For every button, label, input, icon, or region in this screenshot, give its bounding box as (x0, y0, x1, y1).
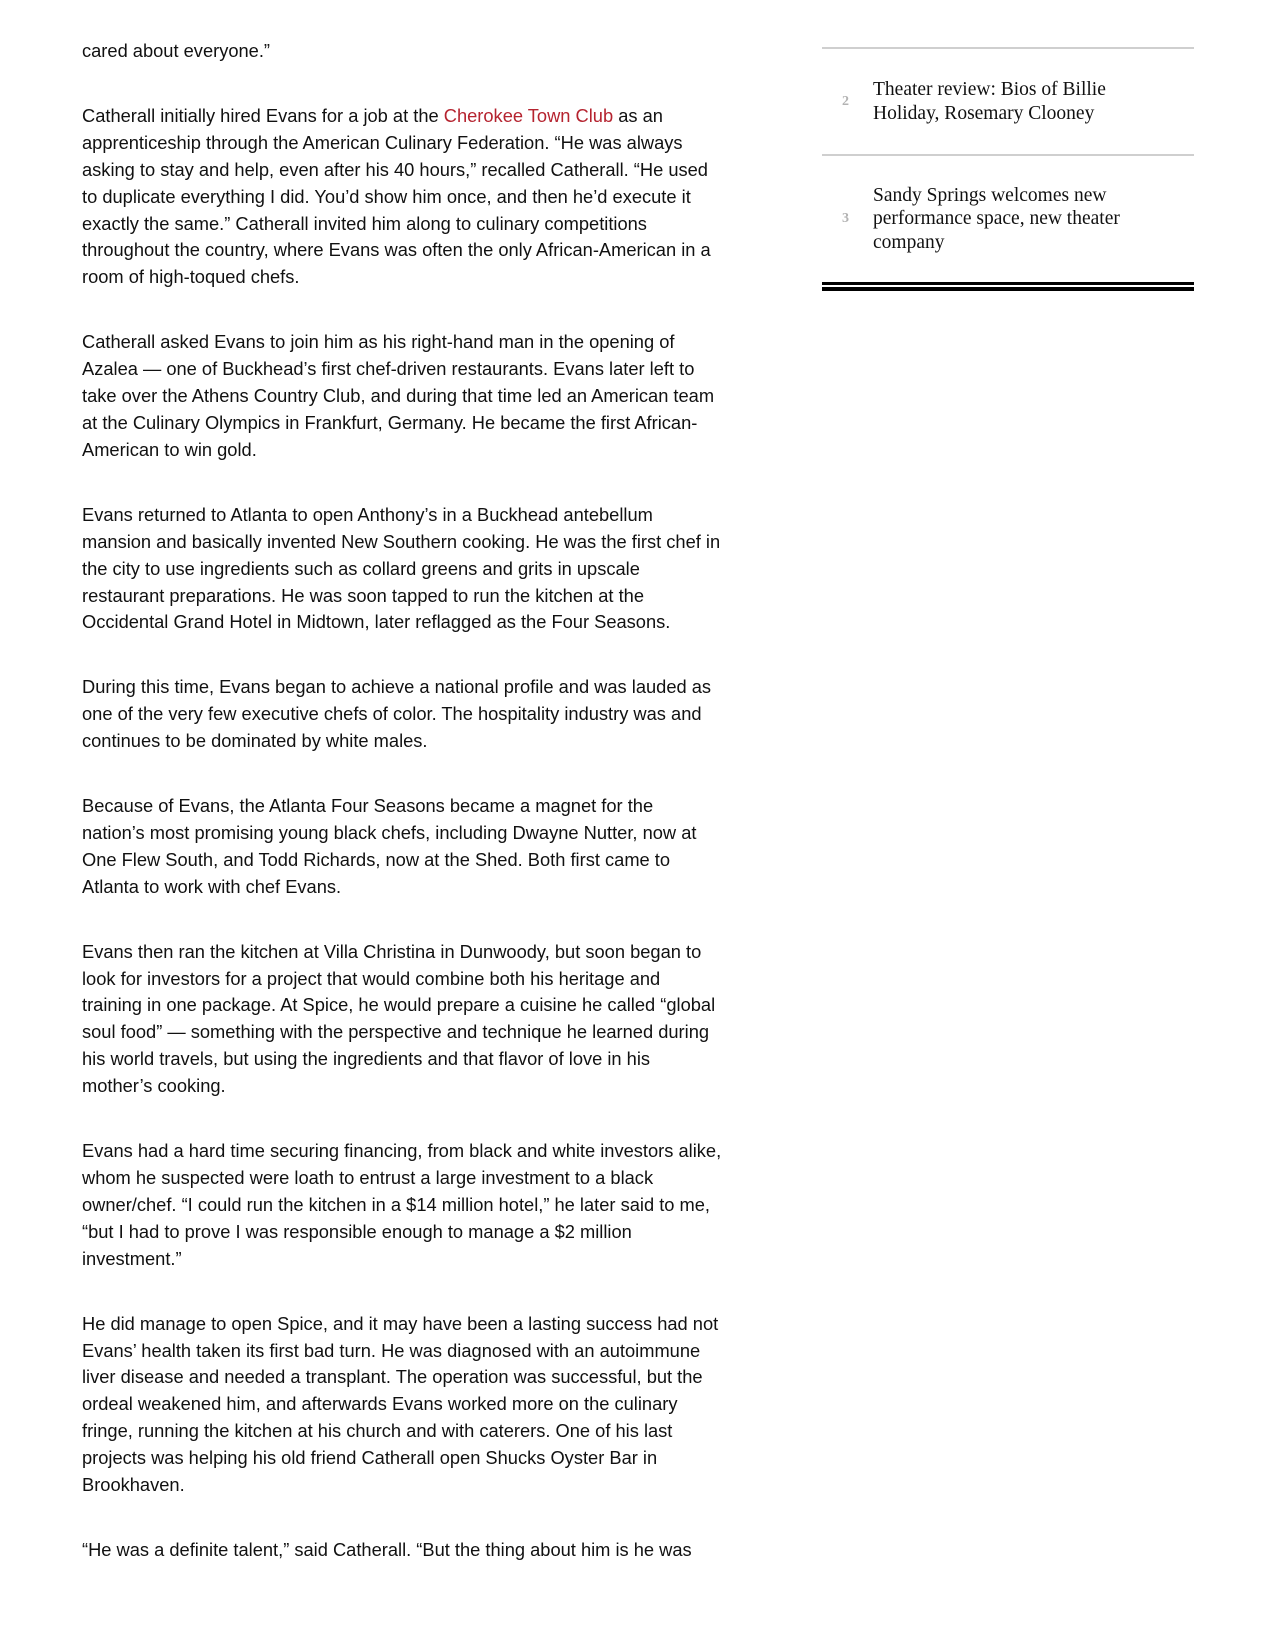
text-line: throughout the country, where Evans was … (82, 237, 782, 264)
article-paragraph: He did manage to open Spice, and it may … (82, 1311, 782, 1499)
popular-item[interactable]: 2 Theater review: Bios of Billie Holiday… (822, 49, 1194, 154)
text-line: “He was a definite talent,” said Cathera… (82, 1537, 782, 1564)
article-paragraph: During this time, Evans began to achieve… (82, 674, 782, 755)
text-line: Catherall asked Evans to join him as his… (82, 329, 782, 356)
text-line: liver disease and needed a transplant. T… (82, 1364, 782, 1391)
text-line: continues to be dominated by white males… (82, 728, 782, 755)
double-rule-divider (822, 282, 1194, 291)
text-line: He did manage to open Spice, and it may … (82, 1311, 782, 1338)
text-line: his world travels, but using the ingredi… (82, 1046, 782, 1073)
popular-item-title[interactable]: Sandy Springs welcomes new performance s… (873, 184, 1120, 255)
text-line: apprenticeship through the American Culi… (82, 130, 782, 157)
article-paragraph: “He was a definite talent,” said Cathera… (82, 1537, 782, 1564)
text-line: Because of Evans, the Atlanta Four Seaso… (82, 793, 782, 820)
text-line: One Flew South, and Todd Richards, now a… (82, 847, 782, 874)
article-paragraph: Evans had a hard time securing financing… (82, 1138, 782, 1273)
text-line: training in one package. At Spice, he wo… (82, 992, 782, 1019)
article-paragraph: Because of Evans, the Atlanta Four Seaso… (82, 793, 782, 901)
text-line: mother’s cooking. (82, 1073, 782, 1100)
text-line: mansion and basically invented New South… (82, 529, 782, 556)
popular-item-title[interactable]: Theater review: Bios of Billie Holiday, … (873, 78, 1106, 125)
text-line: take over the Athens Country Club, and d… (82, 383, 782, 410)
text-line: American to win gold. (82, 437, 782, 464)
text-line: restaurant preparations. He was soon tap… (82, 583, 782, 610)
inline-link-cherokee-town-club[interactable]: Cherokee Town Club (444, 105, 613, 126)
text-line: Occidental Grand Hotel in Midtown, later… (82, 609, 782, 636)
text-line: Evans then ran the kitchen at Villa Chri… (82, 939, 782, 966)
text-line: nation’s most promising young black chef… (82, 820, 782, 847)
text-line: investment.” (82, 1246, 782, 1273)
article-paragraph: Catherall initially hired Evans for a jo… (82, 103, 782, 291)
text-line: During this time, Evans began to achieve… (82, 674, 782, 701)
text-line: the city to use ingredients such as coll… (82, 556, 782, 583)
text-line: Catherall initially hired Evans for a jo… (82, 103, 782, 130)
rank-number: 3 (822, 211, 873, 227)
article-paragraph: cared about everyone.” (82, 38, 782, 65)
article-body: cared about everyone.”Catherall initiall… (82, 38, 782, 1602)
text-line: asking to stay and help, even after his … (82, 157, 782, 184)
text-line: soul food” — something with the perspect… (82, 1019, 782, 1046)
text-line: owner/chef. “I could run the kitchen in … (82, 1192, 782, 1219)
text-line: to duplicate everything I did. You’d sho… (82, 184, 782, 211)
text-line: exactly the same.” Catherall invited him… (82, 211, 782, 238)
text-line: one of the very few executive chefs of c… (82, 701, 782, 728)
text-line: fringe, running the kitchen at his churc… (82, 1418, 782, 1445)
most-popular-sidebar: 2 Theater review: Bios of Billie Holiday… (822, 47, 1194, 291)
text-line: room of high-toqued chefs. (82, 264, 782, 291)
article-paragraph: Evans returned to Atlanta to open Anthon… (82, 502, 782, 637)
text-line: cared about everyone.” (82, 38, 782, 65)
text-line: projects was helping his old friend Cath… (82, 1445, 782, 1472)
text-line: look for investors for a project that wo… (82, 966, 782, 993)
article-paragraph: Evans then ran the kitchen at Villa Chri… (82, 939, 782, 1100)
rank-number: 2 (822, 94, 873, 110)
text-line: whom he suspected were loath to entrust … (82, 1165, 782, 1192)
text-line: Azalea — one of Buckhead’s first chef-dr… (82, 356, 782, 383)
popular-item[interactable]: 3 Sandy Springs welcomes new performance… (822, 156, 1194, 282)
text-line: Brookhaven. (82, 1472, 782, 1499)
text-line: ordeal weakened him, and afterwards Evan… (82, 1391, 782, 1418)
text-line: Atlanta to work with chef Evans. (82, 874, 782, 901)
text-line: Evans returned to Atlanta to open Anthon… (82, 502, 782, 529)
text-line: “but I had to prove I was responsible en… (82, 1219, 782, 1246)
text-line: Evans’ health taken its first bad turn. … (82, 1338, 782, 1365)
text-line: Evans had a hard time securing financing… (82, 1138, 782, 1165)
article-paragraph: Catherall asked Evans to join him as his… (82, 329, 782, 464)
text-line: at the Culinary Olympics in Frankfurt, G… (82, 410, 782, 437)
